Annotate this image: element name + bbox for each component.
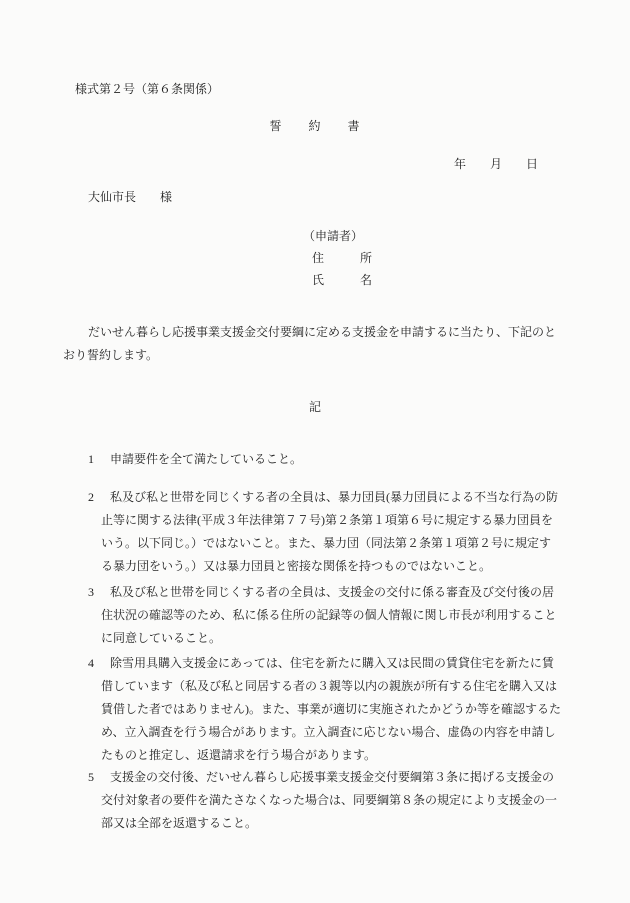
section-marker: 記 bbox=[63, 396, 567, 419]
item-line: 住状況の確認等のため、私に係る住所の記録等の個人情報に関し市長が利用すること bbox=[101, 604, 567, 627]
item-line: 止等に関する法律(平成３年法律第７７号)第２条第１項第６号に規定する暴力団員を bbox=[101, 509, 567, 532]
pledge-item-2: 2 私及び私と世帯を同じくする者の全員は、暴力団員(暴力団員による不当な行為の防… bbox=[101, 486, 567, 578]
item-lines: 私及び私と世帯を同じくする者の全員は、支援金の交付に係る審査及び交付後の居住状況… bbox=[101, 581, 567, 650]
item-number: 5 bbox=[88, 766, 101, 789]
item-line: たものと推定し、返還請求を行う場合があります。 bbox=[101, 744, 567, 767]
item-number: 3 bbox=[88, 581, 101, 604]
document-page: 様式第２号（第６条関係） 誓 約 書 年 月 日 大仙市長 様 （申請者） 住 … bbox=[0, 0, 630, 903]
pledge-item-3: 3 私及び私と世帯を同じくする者の全員は、支援金の交付に係る審査及び交付後の居住… bbox=[101, 581, 567, 650]
document-content: 様式第２号（第６条関係） 誓 約 書 年 月 日 大仙市長 様 （申請者） 住 … bbox=[63, 0, 567, 903]
item-lines: 私及び私と世帯を同じくする者の全員は、暴力団員(暴力団員による不当な行為の防止等… bbox=[101, 486, 567, 578]
address-label: 住 所 bbox=[303, 247, 372, 269]
item-line: 除雪用具購入支援金にあっては、住宅を新たに購入又は民間の賃貸住宅を新たに賃 bbox=[101, 652, 567, 675]
item-line: 私及び私と世帯を同じくする者の全員は、暴力団員(暴力団員による不当な行為の防 bbox=[101, 486, 567, 509]
item-lines: 支援金の交付後、だいせん暮らし応援事業支援金交付要綱第３条に掲げる支援金の交付対… bbox=[101, 766, 567, 835]
applicant-block: （申請者） 住 所 氏 名 bbox=[303, 225, 372, 291]
item-number: 1 bbox=[88, 448, 101, 471]
intro-paragraph: だいせん暮らし応援事業支援金交付要綱に定める支援金を申請するに当たり、下記のとお… bbox=[63, 321, 567, 367]
item-line: 賃借した者ではありません)。また、事業が適切に実施されたかどうか等を確認するた bbox=[101, 698, 567, 721]
item-line: 申請要件を全て満たしていること。 bbox=[101, 448, 567, 471]
item-line: る暴力団をいう。）又は暴力団員と密接な関係を持つものではないこと。 bbox=[101, 555, 567, 578]
pledge-item-5: 5 支援金の交付後、だいせん暮らし応援事業支援金交付要綱第３条に掲げる支援金の交… bbox=[101, 766, 567, 835]
item-line: 借しています（私及び私と同居する者の３親等以内の親族が所有する住宅を購入又は bbox=[101, 675, 567, 698]
item-line: 部又は全部を返還すること。 bbox=[101, 812, 567, 835]
item-line: いう。以下同じ。）ではないこと。また、暴力団（同法第２条第１項第２号に規定す bbox=[101, 532, 567, 555]
item-line: め、立入調査を行う場合があります。立入調査に応じない場合、虚偽の内容を申請し bbox=[101, 721, 567, 744]
item-number: 4 bbox=[88, 652, 101, 675]
item-lines: 申請要件を全て満たしていること。 bbox=[101, 448, 567, 471]
item-lines: 除雪用具購入支援金にあっては、住宅を新たに購入又は民間の賃貸住宅を新たに賃借して… bbox=[101, 652, 567, 767]
name-label: 氏 名 bbox=[303, 269, 372, 291]
addressee: 大仙市長 様 bbox=[88, 186, 172, 208]
item-line: に同意していること。 bbox=[101, 627, 567, 650]
item-number: 2 bbox=[88, 486, 101, 509]
applicant-label: （申請者） bbox=[303, 225, 372, 247]
date-line: 年 月 日 bbox=[63, 153, 567, 176]
pledge-item-1: 1 申請要件を全て満たしていること。 bbox=[101, 448, 567, 471]
intro-line: だいせん暮らし応援事業支援金交付要綱に定める支援金を申請するに当たり、下記のと bbox=[63, 321, 567, 344]
document-title: 誓 約 書 bbox=[63, 115, 567, 137]
item-line: 支援金の交付後、だいせん暮らし応援事業支援金交付要綱第３条に掲げる支援金の bbox=[101, 766, 567, 789]
item-line: 交付対象者の要件を満たさなくなった場合は、同要綱第８条の規定により支援金の一 bbox=[101, 789, 567, 812]
item-line: 私及び私と世帯を同じくする者の全員は、支援金の交付に係る審査及び交付後の居 bbox=[101, 581, 567, 604]
pledge-item-4: 4 除雪用具購入支援金にあっては、住宅を新たに購入又は民間の賃貸住宅を新たに賃借… bbox=[101, 652, 567, 767]
form-number: 様式第２号（第６条関係） bbox=[75, 78, 219, 100]
intro-line: おり誓約します。 bbox=[63, 344, 567, 367]
